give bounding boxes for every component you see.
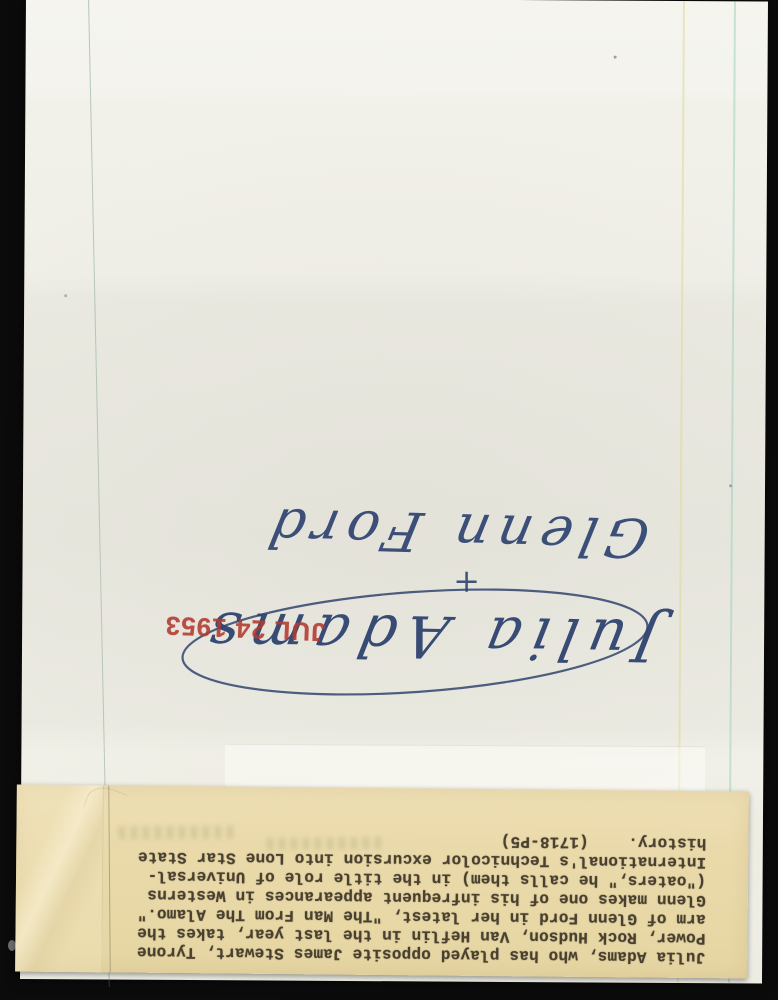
caption-slip: Julia Adams, who has played opposite Jam… [15, 784, 749, 978]
slip-fold [15, 784, 104, 972]
date-stamp: JUL 24 1953 [163, 592, 327, 647]
paper-speck [729, 484, 732, 487]
typed-caption: Julia Adams, who has played opposite Jam… [111, 827, 706, 966]
paper-speck [64, 294, 67, 297]
scan-background: Glenn Ford + Julia Adams JUL 24 1953 Jul… [0, 0, 778, 1000]
tissue-strip [225, 744, 705, 794]
paper-speck [614, 56, 617, 59]
